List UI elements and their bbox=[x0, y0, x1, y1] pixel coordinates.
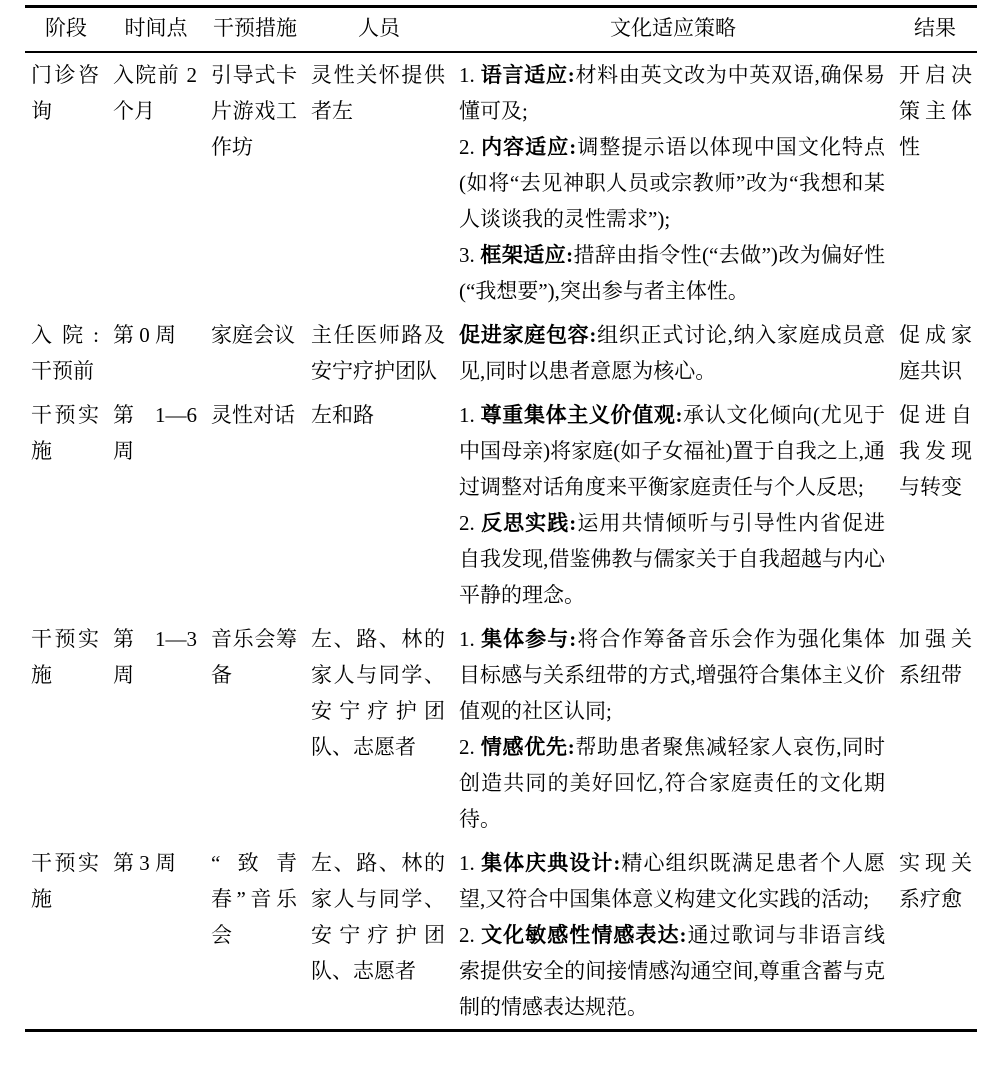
strategy-item: 3. 框架适应:措辞由指令性(“去做”)改为偏好性(“我想要”),突出参与者主体… bbox=[459, 237, 885, 309]
cell-intervention: 引导式卡片游戏工作坊 bbox=[205, 52, 305, 313]
cell-time: 第 3 周 bbox=[107, 841, 205, 1031]
strategy-label: 语言适应: bbox=[481, 63, 575, 87]
strategy-label: 集体参与: bbox=[481, 627, 576, 651]
strategy-number: 1. bbox=[459, 851, 481, 875]
strategy-label: 促进家庭包容: bbox=[459, 323, 596, 347]
cell-stage: 干预实施 bbox=[25, 393, 107, 617]
table-header-row: 阶段 时间点 干预措施 人员 文化适应策略 结果 bbox=[25, 7, 977, 53]
cell-time: 第 1—3 周 bbox=[107, 617, 205, 841]
table-row: 干预实施 第 1—6 周 灵性对话 左和路 1. 尊重集体主义价值观:承认文化倾… bbox=[25, 393, 977, 617]
cell-result: 开启决策主体性 bbox=[893, 52, 977, 313]
table-row: 干预实施 第 3 周 “致青春”音乐会 左、路、林的家人与同学、安宁疗护团队、志… bbox=[25, 841, 977, 1031]
cultural-adaptation-table: 阶段 时间点 干预措施 人员 文化适应策略 结果 门诊咨询 入院前 2 个月 引… bbox=[25, 5, 977, 1032]
cell-result: 加强关系纽带 bbox=[893, 617, 977, 841]
strategy-label: 文化敏感性情感表达: bbox=[481, 923, 686, 947]
cell-personnel: 灵性关怀提供者左 bbox=[305, 52, 453, 313]
strategy-label: 情感优先: bbox=[481, 735, 575, 759]
strategy-number: 2. bbox=[459, 135, 481, 159]
col-header-result: 结果 bbox=[893, 7, 977, 53]
strategy-item: 1. 集体庆典设计:精心组织既满足患者个人愿望,又符合中国集体意义构建文化实践的… bbox=[459, 845, 885, 917]
strategy-label: 尊重集体主义价值观: bbox=[481, 403, 683, 427]
strategy-item: 1. 语言适应:材料由英文改为中英双语,确保易懂可及; bbox=[459, 57, 885, 129]
table-row: 入院:干预前 第 0 周 家庭会议 主任医师路及安宁疗护团队 促进家庭包容:组织… bbox=[25, 313, 977, 393]
col-header-stage: 阶段 bbox=[25, 7, 107, 53]
cell-result: 实现关系疗愈 bbox=[893, 841, 977, 1031]
strategy-number: 1. bbox=[459, 403, 481, 427]
cell-personnel: 左、路、林的家人与同学、安宁疗护团队、志愿者 bbox=[305, 841, 453, 1031]
strategy-number: 2. bbox=[459, 511, 481, 535]
cell-time: 第 1—6 周 bbox=[107, 393, 205, 617]
cell-result: 促成家庭共识 bbox=[893, 313, 977, 393]
strategy-item: 1. 集体参与:将合作筹备音乐会作为强化集体目标感与关系纽带的方式,增强符合集体… bbox=[459, 621, 885, 729]
cell-time: 入院前 2 个月 bbox=[107, 52, 205, 313]
strategy-label: 反思实践: bbox=[481, 511, 576, 535]
col-header-personnel: 人员 bbox=[305, 7, 453, 53]
cell-stage: 干预实施 bbox=[25, 617, 107, 841]
cell-personnel: 主任医师路及安宁疗护团队 bbox=[305, 313, 453, 393]
strategy-label: 框架适应: bbox=[480, 243, 573, 267]
strategy-item: 2. 内容适应:调整提示语以体现中国文化特点(如将“去见神职人员或宗教师”改为“… bbox=[459, 129, 885, 237]
cell-intervention: 音乐会筹备 bbox=[205, 617, 305, 841]
strategy-number: 2. bbox=[459, 735, 481, 759]
cell-strategy: 促进家庭包容:组织正式讨论,纳入家庭成员意见,同时以患者意愿为核心。 bbox=[453, 313, 893, 393]
cell-stage: 门诊咨询 bbox=[25, 52, 107, 313]
cell-stage: 入院:干预前 bbox=[25, 313, 107, 393]
cell-time: 第 0 周 bbox=[107, 313, 205, 393]
cell-strategy: 1. 集体庆典设计:精心组织既满足患者个人愿望,又符合中国集体意义构建文化实践的… bbox=[453, 841, 893, 1031]
table-row: 干预实施 第 1—3 周 音乐会筹备 左、路、林的家人与同学、安宁疗护团队、志愿… bbox=[25, 617, 977, 841]
strategy-label: 内容适应: bbox=[481, 135, 576, 159]
cell-result: 促进自我发现与转变 bbox=[893, 393, 977, 617]
strategy-label: 集体庆典设计: bbox=[481, 851, 620, 875]
cell-intervention: 灵性对话 bbox=[205, 393, 305, 617]
table-row: 门诊咨询 入院前 2 个月 引导式卡片游戏工作坊 灵性关怀提供者左 1. 语言适… bbox=[25, 52, 977, 313]
strategy-number: 1. bbox=[459, 63, 481, 87]
strategy-number: 3. bbox=[459, 243, 480, 267]
cell-strategy: 1. 集体参与:将合作筹备音乐会作为强化集体目标感与关系纽带的方式,增强符合集体… bbox=[453, 617, 893, 841]
cell-personnel: 左、路、林的家人与同学、安宁疗护团队、志愿者 bbox=[305, 617, 453, 841]
col-header-intervention: 干预措施 bbox=[205, 7, 305, 53]
col-header-time: 时间点 bbox=[107, 7, 205, 53]
cell-personnel: 左和路 bbox=[305, 393, 453, 617]
strategy-number: 2. bbox=[459, 923, 481, 947]
strategy-item: 2. 情感优先:帮助患者聚焦减轻家人哀伤,同时创造共同的美好回忆,符合家庭责任的… bbox=[459, 729, 885, 837]
col-header-strategy: 文化适应策略 bbox=[453, 7, 893, 53]
strategy-item: 促进家庭包容:组织正式讨论,纳入家庭成员意见,同时以患者意愿为核心。 bbox=[459, 317, 885, 389]
strategy-item: 1. 尊重集体主义价值观:承认文化倾向(尤见于中国母亲)将家庭(如子女福祉)置于… bbox=[459, 397, 885, 505]
strategy-item: 2. 反思实践:运用共情倾听与引导性内省促进自我发现,借鉴佛教与儒家关于自我超越… bbox=[459, 505, 885, 613]
cell-stage: 干预实施 bbox=[25, 841, 107, 1031]
cell-strategy: 1. 语言适应:材料由英文改为中英双语,确保易懂可及; 2. 内容适应:调整提示… bbox=[453, 52, 893, 313]
strategy-item: 2. 文化敏感性情感表达:通过歌词与非语言线索提供安全的间接情感沟通空间,尊重含… bbox=[459, 917, 885, 1025]
document-page: { "table": { "header": ["阶段", "时间点", "干预… bbox=[0, 0, 1000, 1072]
cell-strategy: 1. 尊重集体主义价值观:承认文化倾向(尤见于中国母亲)将家庭(如子女福祉)置于… bbox=[453, 393, 893, 617]
cell-intervention: 家庭会议 bbox=[205, 313, 305, 393]
strategy-number: 1. bbox=[459, 627, 481, 651]
cell-intervention: “致青春”音乐会 bbox=[205, 841, 305, 1031]
